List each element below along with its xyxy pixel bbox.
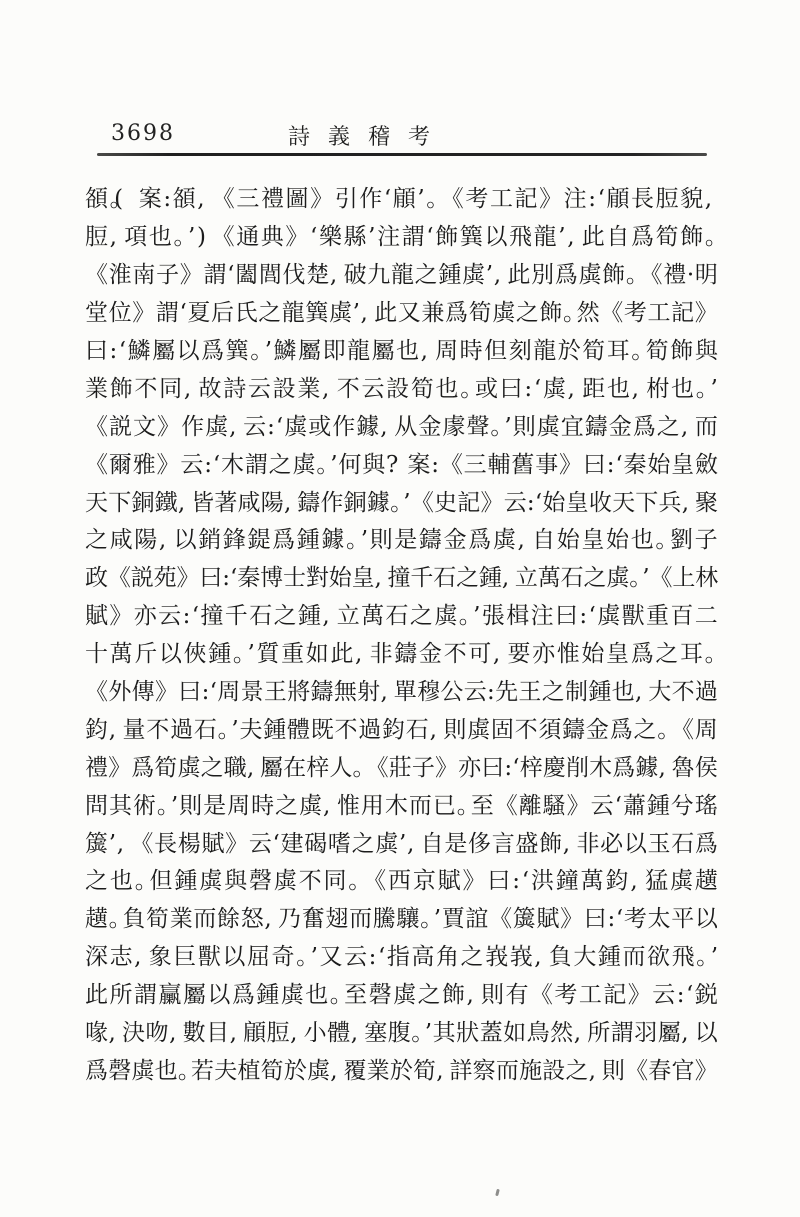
char: , bbox=[421, 340, 434, 363]
char: 鈞 bbox=[382, 719, 405, 742]
char: ‘ bbox=[230, 567, 237, 590]
char: , bbox=[134, 946, 147, 969]
char: 脰 bbox=[267, 1022, 290, 1045]
char: 問 bbox=[85, 795, 108, 818]
char: 在 bbox=[283, 757, 306, 780]
char: 小 bbox=[304, 1022, 327, 1045]
char: , bbox=[681, 416, 694, 439]
char: 下 bbox=[108, 492, 131, 515]
char: 但 bbox=[150, 870, 173, 893]
char: 而 bbox=[409, 795, 432, 818]
char: 木 bbox=[589, 757, 612, 780]
char: 輔 bbox=[488, 454, 511, 477]
char: 也 bbox=[149, 226, 172, 249]
char: ’ bbox=[710, 378, 717, 401]
char: 記 bbox=[515, 188, 538, 211]
char: 即 bbox=[323, 340, 346, 363]
char: : bbox=[524, 378, 532, 401]
char: , bbox=[517, 529, 530, 552]
char: , bbox=[110, 226, 123, 249]
char: 飾 bbox=[539, 302, 562, 325]
char: 之 bbox=[274, 605, 297, 628]
char: 銅 bbox=[131, 492, 154, 515]
char: 咸 bbox=[110, 529, 133, 552]
char: 侈 bbox=[468, 833, 491, 856]
body-text: 頟。(案:頟,《三禮圖》引作‘顅’。《考工記》注:‘顅長脰貌, 脰,項也。’)《… bbox=[85, 181, 718, 1090]
char: 秦 bbox=[623, 454, 646, 477]
char: 皇 bbox=[671, 454, 694, 477]
char: · bbox=[687, 264, 694, 287]
char: 碣 bbox=[304, 833, 327, 856]
char: 與 bbox=[695, 340, 718, 363]
char: 。 bbox=[218, 719, 231, 742]
char: 鑄 bbox=[394, 643, 417, 666]
char: 云 bbox=[158, 605, 181, 628]
char: ‘ bbox=[310, 226, 317, 249]
char: 高 bbox=[411, 946, 434, 969]
char: 腹 bbox=[388, 1022, 411, 1045]
text-line: 簴’,《長楊賦》云‘建碣嗜之虡’,自是侈言盛飾,非必以玉石爲 bbox=[85, 825, 718, 863]
char: 石 bbox=[249, 605, 272, 628]
char: ‘ bbox=[210, 681, 217, 704]
char: ’ bbox=[368, 226, 375, 249]
char: ‘ bbox=[276, 416, 283, 439]
char: , bbox=[322, 605, 335, 628]
char: 其 bbox=[109, 795, 132, 818]
char: 工 bbox=[647, 302, 670, 325]
char: 淮 bbox=[109, 264, 132, 287]
char: 此 bbox=[85, 984, 108, 1007]
char: 曰 bbox=[199, 567, 222, 590]
char: 屈 bbox=[247, 946, 270, 969]
char: ’ bbox=[247, 643, 254, 666]
char: 要 bbox=[507, 643, 530, 666]
char: 別 bbox=[531, 264, 554, 287]
text-line: 禮》爲筍虡之職,屬在梓人。《莊子》亦曰:‘梓慶削木爲鐻,魯侯 bbox=[85, 749, 718, 787]
char: 筍 bbox=[154, 757, 177, 780]
char: 引 bbox=[335, 188, 358, 211]
char: : bbox=[204, 454, 212, 477]
char: ’ bbox=[417, 188, 424, 211]
char: 然 bbox=[577, 302, 600, 325]
char: 也 bbox=[612, 681, 635, 704]
char: 先 bbox=[495, 681, 518, 704]
char: 考 bbox=[554, 984, 577, 1007]
char: 賦 bbox=[438, 870, 461, 893]
char: 曰 bbox=[500, 378, 523, 401]
char: ) bbox=[197, 226, 210, 249]
char: 收 bbox=[589, 492, 612, 515]
char: 曰 bbox=[85, 340, 108, 363]
char: 鍾 bbox=[174, 870, 197, 893]
char: 》 bbox=[539, 188, 562, 211]
char: ’ bbox=[353, 302, 360, 325]
char: 公 bbox=[440, 681, 463, 704]
char: , bbox=[330, 264, 343, 287]
char: 《 bbox=[212, 188, 235, 211]
char: 乃 bbox=[278, 908, 301, 931]
char: 圖 bbox=[286, 188, 309, 211]
char: 秦 bbox=[237, 567, 260, 590]
char: 虡 bbox=[493, 529, 516, 552]
char: 謂 bbox=[245, 454, 268, 477]
char: 千 bbox=[410, 567, 433, 590]
char: : bbox=[222, 567, 230, 590]
char: 而 bbox=[622, 946, 645, 969]
char: ‘ bbox=[426, 226, 433, 249]
text-line: 《淮南子》謂‘闔閭伐楚,破九龍之鍾虡’,此別爲虡飾。《禮·明 bbox=[85, 257, 718, 295]
char: 簨 bbox=[460, 226, 483, 249]
char: 顅 bbox=[606, 188, 629, 211]
char: 鍾 bbox=[647, 795, 670, 818]
char: 筍 bbox=[261, 1060, 284, 1083]
char: 筍 bbox=[656, 226, 679, 249]
char: 顅 bbox=[243, 1022, 266, 1045]
char: 騰 bbox=[373, 908, 396, 931]
char: 建 bbox=[281, 833, 304, 856]
char: 筍 bbox=[582, 340, 605, 363]
char bbox=[399, 454, 406, 477]
char: ‘ bbox=[192, 605, 199, 628]
char: 是 bbox=[203, 795, 226, 818]
char: 案 bbox=[139, 188, 162, 211]
running-title: 詩 義 稽 考 bbox=[288, 120, 431, 151]
char: ‘ bbox=[589, 605, 596, 628]
char: 《 bbox=[640, 264, 663, 287]
char: 《 bbox=[212, 226, 235, 249]
char: , bbox=[109, 719, 122, 742]
char: : bbox=[588, 188, 596, 211]
char: 立 bbox=[337, 605, 360, 628]
char: 之 bbox=[258, 302, 281, 325]
char: 始 bbox=[581, 643, 604, 666]
char: 所 bbox=[109, 984, 132, 1007]
char: 洪 bbox=[531, 870, 554, 893]
text-line: 曰:‘鱗屬以爲簨。’鱗屬即龍屬也,周時但刻龍於筍耳。筍飾與 bbox=[85, 333, 718, 371]
char: 爲 bbox=[695, 833, 718, 856]
char: 金 bbox=[444, 529, 467, 552]
char: 鑄 bbox=[419, 529, 442, 552]
char: , bbox=[117, 833, 130, 856]
text-line: 天下銅鐵,皆著咸陽,鑄作銅鐻。’《史記》云:‘始皇收天下兵,聚 bbox=[85, 484, 718, 522]
char: 目 bbox=[206, 1022, 229, 1045]
char: 》 bbox=[285, 226, 308, 249]
char: 子 bbox=[695, 529, 718, 552]
text-line: 此所謂臝屬以爲鍾虡也。至磬虡之飾,則有《考工記》云:‘鋭 bbox=[85, 977, 718, 1015]
char: 而 bbox=[193, 908, 216, 931]
char: 破 bbox=[344, 264, 367, 287]
char: 而 bbox=[349, 908, 372, 931]
char: 施 bbox=[519, 1060, 542, 1083]
char: 《 bbox=[489, 908, 512, 931]
char: 頟 bbox=[173, 188, 196, 211]
char: , bbox=[355, 643, 368, 666]
char: 志 bbox=[110, 946, 133, 969]
char: 不 bbox=[672, 681, 695, 704]
char: 梓 bbox=[306, 757, 329, 780]
char: 堂 bbox=[85, 302, 108, 325]
char: 也 bbox=[671, 378, 694, 401]
char: 天 bbox=[85, 492, 108, 515]
char: 之 bbox=[410, 605, 433, 628]
char: , bbox=[380, 416, 393, 439]
char: 爲 bbox=[610, 719, 633, 742]
char: 既 bbox=[311, 719, 334, 742]
char: 然 bbox=[550, 1022, 573, 1045]
char: 鑄 bbox=[297, 492, 320, 515]
char: 三 bbox=[464, 454, 487, 477]
char: 。 bbox=[460, 378, 473, 401]
char: 》 bbox=[225, 833, 248, 856]
char: 巨 bbox=[173, 946, 196, 969]
char: 猛 bbox=[645, 870, 668, 893]
char: 若 bbox=[191, 1060, 214, 1083]
char: 筍 bbox=[146, 908, 169, 931]
text-line: 趪。負筍業而餘怒,乃奮翅而騰驤。’賈誼《簴賦》曰:‘考太平以 bbox=[85, 901, 718, 939]
char: 之 bbox=[418, 984, 441, 1007]
char: 爲 bbox=[612, 757, 635, 780]
char: 楫 bbox=[506, 605, 529, 628]
char: 。 bbox=[426, 188, 439, 211]
char: 玉 bbox=[648, 833, 671, 856]
char: ’ bbox=[109, 833, 116, 856]
char: 大 bbox=[573, 946, 596, 969]
char: 鱗 bbox=[128, 340, 151, 363]
char: 奇 bbox=[272, 946, 295, 969]
char: 虡 bbox=[178, 757, 201, 780]
char: 《 bbox=[108, 567, 131, 590]
char: 平 bbox=[671, 908, 694, 931]
char: 龍 bbox=[534, 226, 557, 249]
char: 長 bbox=[154, 833, 177, 856]
char: 簨 bbox=[305, 302, 328, 325]
char: 鳥 bbox=[527, 1022, 550, 1045]
char: ‘ bbox=[273, 833, 280, 856]
char: 可 bbox=[468, 643, 491, 666]
char: ‘ bbox=[227, 264, 234, 287]
char: 。 bbox=[330, 984, 343, 1007]
char: 必 bbox=[600, 833, 623, 856]
char: 不 bbox=[335, 719, 358, 742]
char: 明 bbox=[695, 264, 718, 287]
char: 陽 bbox=[261, 492, 284, 515]
char: ‘ bbox=[686, 984, 693, 1007]
text-line: 問其術。’則是周時之虡,惟用木而已。至《離騷》云‘蕭鍾兮瑤 bbox=[85, 787, 718, 825]
char: , bbox=[109, 1022, 122, 1045]
char: 木 bbox=[385, 795, 408, 818]
text-line: 《爾雅》云:‘木謂之虡。’何與? 案:《三輔舊事》曰:‘秦始皇斂 bbox=[85, 446, 718, 484]
char: 虡 bbox=[492, 302, 515, 325]
char: 二 bbox=[695, 605, 718, 628]
char: 撞 bbox=[200, 605, 223, 628]
char: 官 bbox=[671, 1060, 694, 1083]
char: 兵 bbox=[659, 492, 682, 515]
char: 有 bbox=[505, 984, 528, 1007]
char: 史 bbox=[434, 492, 457, 515]
char: 賈 bbox=[442, 908, 465, 931]
char: 虡 bbox=[205, 416, 228, 439]
char: 鑄 bbox=[562, 719, 585, 742]
char: 時 bbox=[251, 795, 274, 818]
book-page: 3698 詩 義 稽 考 頟。(案:頟,《三禮圖》引作‘顅’。《考工記》注:‘顅… bbox=[0, 0, 800, 1217]
char: 虡 bbox=[307, 1060, 330, 1083]
char: 》 bbox=[463, 870, 486, 893]
char: 百 bbox=[670, 605, 693, 628]
char: 詩 bbox=[223, 378, 246, 401]
char: , bbox=[159, 529, 172, 552]
char: 》 bbox=[435, 757, 458, 780]
char: 鈞 bbox=[85, 719, 108, 742]
char: 曰 bbox=[178, 681, 201, 704]
char: ’ bbox=[473, 605, 480, 628]
char: 惟 bbox=[337, 795, 360, 818]
char: 飛 bbox=[509, 226, 532, 249]
char: 士 bbox=[283, 567, 306, 590]
char: , bbox=[323, 795, 336, 818]
char: 金 bbox=[418, 416, 441, 439]
char: 虡 bbox=[293, 454, 316, 477]
char: 云 bbox=[344, 946, 367, 969]
char: 又 bbox=[320, 946, 343, 969]
char: 。 bbox=[696, 378, 709, 401]
char: 筍 bbox=[411, 378, 434, 401]
char: 屬 bbox=[658, 1022, 681, 1045]
char: 苑 bbox=[154, 567, 177, 590]
char: 説 bbox=[131, 567, 154, 590]
char: 之 bbox=[461, 946, 484, 969]
char: 。 bbox=[390, 492, 403, 515]
char: 過 bbox=[695, 681, 718, 704]
char: 射 bbox=[357, 681, 380, 704]
char: 虡 bbox=[299, 795, 322, 818]
char: 龍 bbox=[347, 340, 370, 363]
char: 對 bbox=[306, 567, 329, 590]
char: 》 bbox=[177, 567, 200, 590]
char: ‘ bbox=[378, 946, 385, 969]
char: 賦 bbox=[85, 605, 108, 628]
char: 《 bbox=[649, 567, 672, 590]
char: 體 bbox=[327, 1022, 350, 1045]
char: 《 bbox=[411, 492, 434, 515]
char: 楚 bbox=[306, 264, 329, 287]
char: 考 bbox=[624, 908, 647, 931]
char: 負 bbox=[122, 908, 145, 931]
char: 決 bbox=[122, 1022, 145, 1045]
char: 簴 bbox=[85, 833, 108, 856]
char: 察 bbox=[473, 1060, 496, 1083]
char: 蕭 bbox=[623, 795, 646, 818]
char: 屬 bbox=[372, 340, 395, 363]
char: 屬 bbox=[298, 340, 321, 363]
char: 云 bbox=[248, 378, 271, 401]
char: 量 bbox=[123, 719, 146, 742]
char: 云 bbox=[504, 492, 527, 515]
char: 王 bbox=[518, 681, 541, 704]
char: 嗜 bbox=[328, 833, 351, 856]
char: ’ bbox=[361, 529, 368, 552]
char: 所 bbox=[587, 1022, 610, 1045]
char: 已 bbox=[433, 795, 456, 818]
char: 立 bbox=[515, 567, 538, 590]
char: 謂 bbox=[156, 302, 179, 325]
char: 云 bbox=[652, 984, 675, 1007]
char: 兼 bbox=[421, 302, 444, 325]
char: 筍 bbox=[469, 302, 492, 325]
char: 筍 bbox=[413, 1060, 436, 1083]
char: : bbox=[431, 454, 439, 477]
char: 从 bbox=[394, 416, 417, 439]
char: 以 bbox=[695, 908, 718, 931]
char: 。 bbox=[109, 908, 122, 931]
char: 負 bbox=[549, 946, 572, 969]
char: 以 bbox=[177, 340, 200, 363]
char: 飾 bbox=[442, 984, 465, 1007]
char: 是 bbox=[444, 833, 467, 856]
char: 刻 bbox=[509, 340, 532, 363]
char: 鐻 bbox=[367, 492, 390, 515]
char: 爲 bbox=[201, 340, 224, 363]
char: : bbox=[607, 908, 615, 931]
char: 春 bbox=[648, 1060, 671, 1083]
char: 虡 bbox=[597, 605, 620, 628]
char: 之 bbox=[415, 264, 438, 287]
char: 耳 bbox=[680, 643, 703, 666]
char: 設 bbox=[542, 1060, 565, 1083]
text-line: 《説文》作虡,云:‘虡或作鐻,从金豦聲。’則虡宜鑄金爲之,而 bbox=[85, 408, 718, 446]
char: 則 bbox=[443, 719, 466, 742]
char: ’ bbox=[558, 226, 565, 249]
char: 人 bbox=[329, 757, 352, 780]
char: 亦 bbox=[532, 643, 555, 666]
char: 爲 bbox=[468, 529, 491, 552]
char: 皇 bbox=[581, 529, 604, 552]
char: 上 bbox=[672, 567, 695, 590]
char: 謂 bbox=[134, 984, 157, 1007]
char: 《 bbox=[530, 984, 553, 1007]
char: 記 bbox=[457, 492, 480, 515]
char: 與 bbox=[362, 454, 385, 477]
char: 鐻 bbox=[635, 757, 658, 780]
char: 《 bbox=[85, 454, 108, 477]
char: 下 bbox=[635, 492, 658, 515]
char: 或 bbox=[475, 378, 498, 401]
char: ‘ bbox=[615, 454, 622, 477]
char: 磬 bbox=[369, 984, 392, 1007]
char: 。 bbox=[631, 340, 644, 363]
char: 過 bbox=[358, 719, 381, 742]
char: , bbox=[264, 908, 277, 931]
char: 石 bbox=[561, 567, 584, 590]
char: 斤 bbox=[134, 643, 157, 666]
char: ‘ bbox=[119, 340, 126, 363]
char: 質 bbox=[256, 643, 279, 666]
char: 耳 bbox=[607, 340, 630, 363]
char: ’ bbox=[311, 946, 318, 969]
char: 工 bbox=[490, 188, 513, 211]
char: 鍾 bbox=[263, 719, 286, 742]
text-line: 之也。但鍾虡與磬虡不同。《西京賦》曰:‘洪鐘萬鈞,猛虡趪 bbox=[85, 863, 718, 901]
char: 》 bbox=[157, 416, 180, 439]
char: 脰 bbox=[85, 226, 108, 249]
char: 與 bbox=[224, 870, 247, 893]
char: , bbox=[230, 1022, 243, 1045]
char: 項 bbox=[124, 226, 147, 249]
char: 鍉 bbox=[247, 529, 270, 552]
char: 《 bbox=[440, 454, 463, 477]
char: 石 bbox=[406, 719, 429, 742]
char: 萬 bbox=[538, 567, 561, 590]
char: ‘ bbox=[522, 870, 529, 893]
